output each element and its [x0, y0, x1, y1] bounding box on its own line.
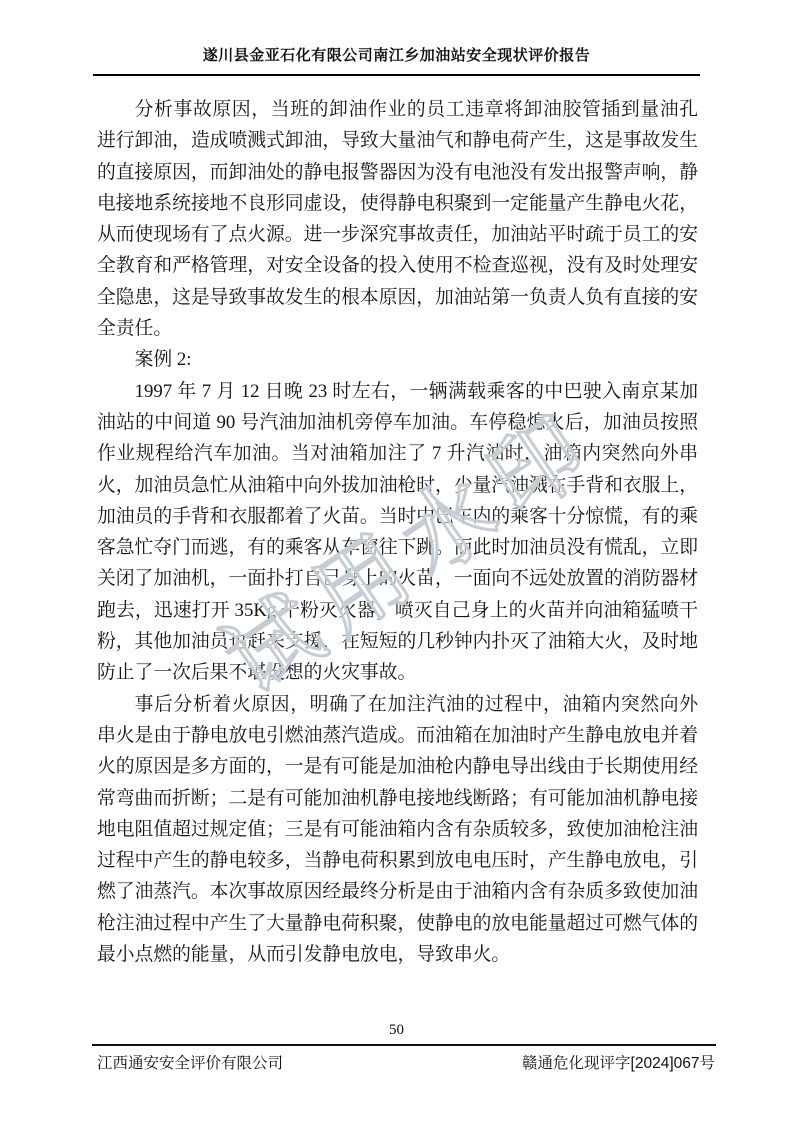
body-paragraph-case2-cause-analysis: 事后分析着火原因，明确了在加注汽油的过程中，油箱内突然向外串火是由于静电放电引燃… — [97, 689, 698, 971]
footer-divider — [92, 1044, 716, 1046]
report-header-title: 遂川县金亚石化有限公司南江乡加油站安全现状评价报告 — [93, 44, 700, 76]
footer-company-name: 江西通安安全评价有限公司 — [97, 1051, 283, 1073]
page-number: 50 — [0, 1022, 793, 1039]
body-paragraph-case2-heading: 案例 2: — [97, 344, 698, 375]
report-body: 分析事故原因，当班的卸油作业的员工违章将卸油胶管插到量油孔进行卸油，造成喷溅式卸… — [97, 94, 698, 970]
body-paragraph-case2-narrative: 1997 年 7 月 12 日晚 23 时左右，一辆满载乘客的中巴驶入南京某加油… — [97, 376, 698, 689]
page-footer: 江西通安安全评价有限公司 赣通危化现评字[2024]067号 — [97, 1051, 715, 1073]
footer-doc-number: 赣通危化现评字[2024]067号 — [522, 1051, 715, 1073]
document-page: 遂川县金亚石化有限公司南江乡加油站安全现状评价报告 试用水印 分析事故原因，当班… — [0, 0, 793, 1122]
body-paragraph-accident-analysis: 分析事故原因，当班的卸油作业的员工违章将卸油胶管插到量油孔进行卸油，造成喷溅式卸… — [97, 94, 698, 344]
